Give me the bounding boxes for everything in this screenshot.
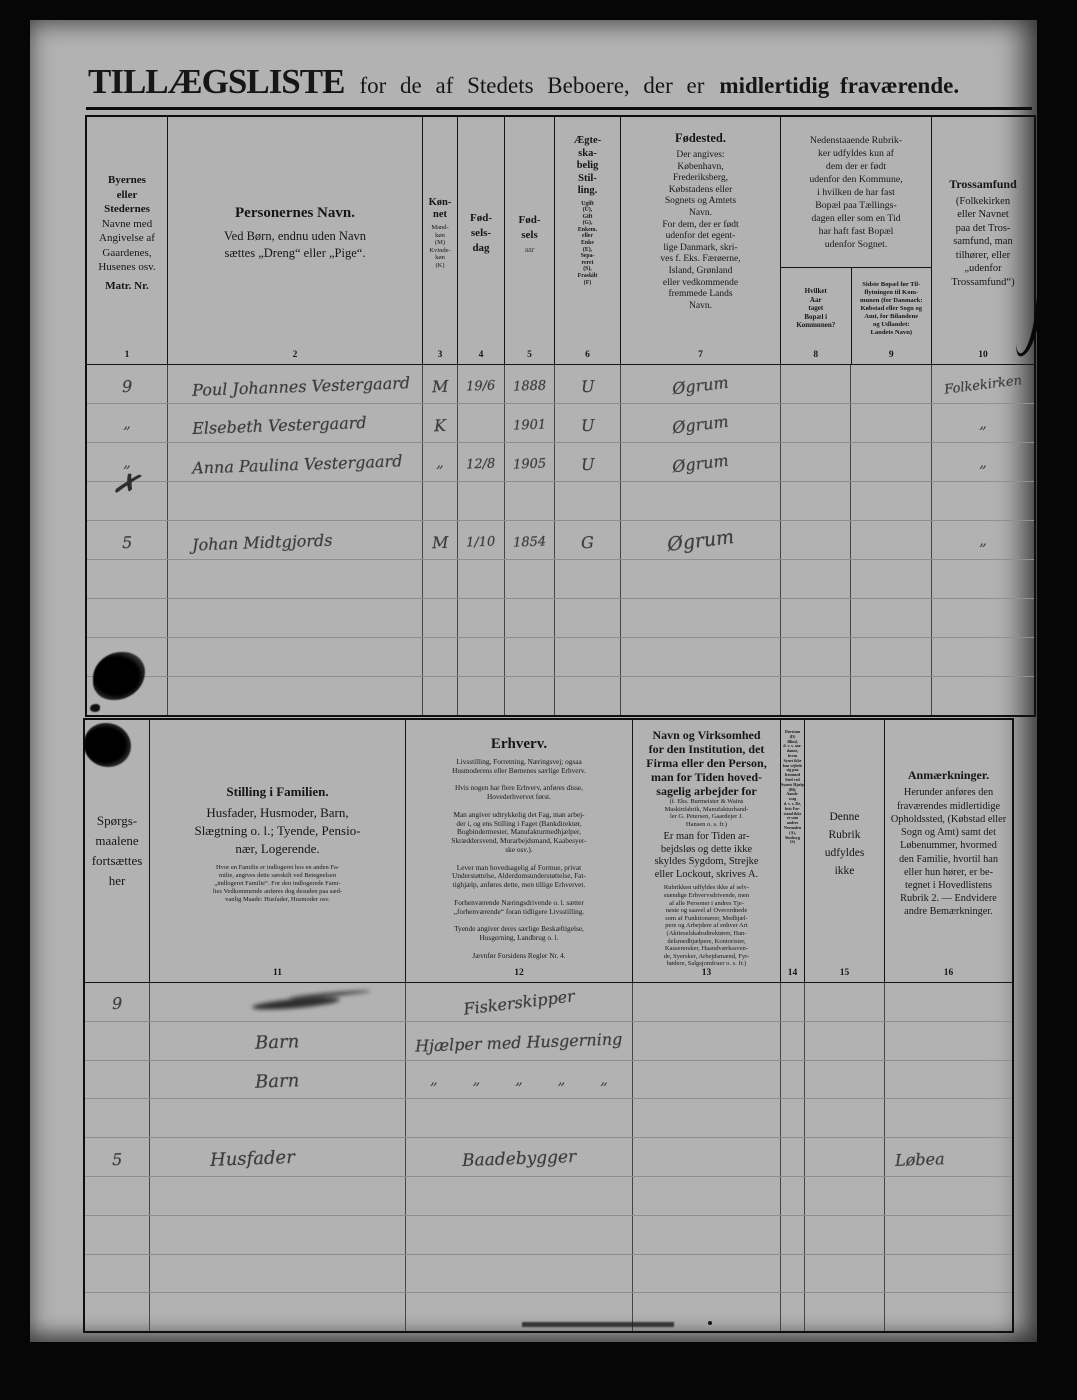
cell-year-moved xyxy=(780,404,850,442)
lower-census-table: Spørgs- maalene fortsættes her Stilling … xyxy=(83,718,1014,1333)
col11-title: Stilling i Familien. xyxy=(226,784,328,800)
hw-name: Poul Johannes Vestergaard xyxy=(192,373,411,400)
cell-denomination: Folkekirken xyxy=(931,365,1034,403)
hw-birthplace: Øgrum xyxy=(671,372,729,398)
cell-family-position xyxy=(149,1177,405,1215)
cell-marital xyxy=(554,560,620,598)
cell-marital xyxy=(554,482,620,520)
cell-sex xyxy=(422,560,457,598)
cell-disability xyxy=(780,1138,804,1176)
col14-body: Døvstum (D) Blind, d. v. s. saa- danne, … xyxy=(781,730,804,845)
cell-matr: 5 xyxy=(85,1138,149,1176)
form-title-word: TILLÆGSLISTE xyxy=(88,62,344,102)
col16-header: Anmærkninger. Herunder anføres den fravæ… xyxy=(884,720,1012,982)
col4-title: Fød- sels- dag xyxy=(470,211,492,256)
col14-header: Døvstum (D) Blind, d. v. s. saa- danne, … xyxy=(780,720,804,982)
cell-matr xyxy=(85,1061,149,1099)
cell-birthplace xyxy=(620,599,780,637)
cell-denomination xyxy=(931,599,1034,637)
form-title-middle: for de af Stedets Beboere, der er xyxy=(359,73,704,99)
col2-body: Ved Børn, endnu uden Navn sættes „Dreng“… xyxy=(224,228,366,262)
upper-table-header: Byernes eller Stedernes Navne med Angive… xyxy=(87,117,1034,364)
col12-title: Erhverv. xyxy=(491,736,547,753)
form-title-emphasis: midlertidig fraværende. xyxy=(719,73,959,99)
hw-matr: 9 xyxy=(112,994,123,1013)
hw-matr: 9 xyxy=(122,376,133,395)
col7-number: 7 xyxy=(621,349,780,364)
cell-marital: U xyxy=(554,404,620,442)
cell-matr xyxy=(85,1216,149,1254)
col13-middle: Er man for Tiden ar- bejdsløs og dette i… xyxy=(654,831,758,881)
hw-family-position: Barn xyxy=(255,1070,300,1093)
cell-employer xyxy=(632,1216,780,1254)
cell-family-position: Barn xyxy=(149,1022,405,1060)
cell-matr: „ xyxy=(87,404,167,442)
cell-last-residence xyxy=(850,560,931,598)
cell-matr: 9 xyxy=(87,365,167,403)
cell-birthplace xyxy=(620,677,780,715)
cell-marital xyxy=(554,677,620,715)
cell-birthplace xyxy=(620,638,780,676)
cell-blank xyxy=(804,1177,884,1215)
col11-body: Husfader, Husmoder, Barn, Slægtning o. l… xyxy=(194,804,360,858)
col11-note: Hvor en Familie er indlogeret hos en and… xyxy=(213,864,342,904)
cell-disability xyxy=(780,1022,804,1060)
cell-disability xyxy=(780,1177,804,1215)
col13-number: 13 xyxy=(633,967,780,982)
col11-header: Stilling i Familien. Husfader, Husmoder,… xyxy=(149,720,405,982)
cell-last-residence xyxy=(850,482,931,520)
col13-heading: Navn og Virksomhed for den Institution, … xyxy=(646,728,766,798)
cell-year-moved xyxy=(780,677,850,715)
cell-birthyear xyxy=(504,560,554,598)
table-row xyxy=(87,598,1034,637)
cell-birthday xyxy=(457,638,504,676)
cell-year-moved xyxy=(780,443,850,481)
cell-employer xyxy=(632,1255,780,1293)
col8-9-shared-text: Nedenstaaende Rubrik- ker udfyldes kun a… xyxy=(809,134,902,251)
cell-birthday xyxy=(457,599,504,637)
cell-family-position: Barn xyxy=(149,1061,405,1099)
col8-header: Hvilket Aar taget Bopæl i Kommunen? 8 xyxy=(781,268,851,364)
cell-disability xyxy=(780,1061,804,1099)
col9-title: Sidste Bopæl før Til- flytningen til Kom… xyxy=(860,281,923,337)
table-row xyxy=(85,1254,1012,1293)
cell-denomination xyxy=(931,560,1034,598)
cell-birthday: 12/8 xyxy=(457,443,504,481)
hw-birthplace: Øgrum xyxy=(671,450,729,476)
col12-number: 12 xyxy=(406,967,632,982)
cell-sex: M xyxy=(422,521,457,559)
hw-birthyear: 1854 xyxy=(513,534,547,550)
cell-sex xyxy=(422,599,457,637)
cell-name: Elsebeth Vestergaard xyxy=(167,404,422,442)
cell-occupation: Fiskerskipper xyxy=(405,983,632,1021)
cell-year-moved xyxy=(780,560,850,598)
hw-birthday: 1/10 xyxy=(466,534,496,550)
cell-name xyxy=(167,599,422,637)
cell-birthplace: Øgrum xyxy=(620,521,780,559)
cell-employer xyxy=(632,1099,780,1137)
cell-occupation: Hjælper med Husgerning xyxy=(405,1022,632,1060)
hw-remarks: Løbea xyxy=(895,1149,945,1170)
cell-year-moved xyxy=(780,521,850,559)
cell-disability xyxy=(780,983,804,1021)
cell-name: Poul Johannes Vestergaard xyxy=(167,365,422,403)
cell-sex: „ xyxy=(422,443,457,481)
col1-body: Navne med Angivelse af Gaardenes, Husene… xyxy=(98,217,155,275)
continuation-text: Spørgs- maalene fortsættes her xyxy=(92,811,143,891)
table-row xyxy=(87,481,1034,520)
table-row: „ Anna Paulina Vestergaard „ 12/8 1905 U… xyxy=(87,442,1034,481)
col16-header-text: Anmærkninger. Herunder anføres den fravæ… xyxy=(885,720,1012,967)
cell-birthday xyxy=(457,677,504,715)
col1-header: Byernes eller Stedernes Navne med Angive… xyxy=(87,117,167,364)
hw-sex: M xyxy=(432,376,449,396)
lower-table-header: Spørgs- maalene fortsættes her Stilling … xyxy=(85,720,1012,982)
col8-number: 8 xyxy=(781,349,851,364)
cell-employer xyxy=(632,983,780,1021)
form-title: TILLÆGSLISTE for de af Stedets Beboere, … xyxy=(88,62,1034,102)
cell-birthplace: Øgrum xyxy=(620,365,780,403)
cell-occupation xyxy=(405,1177,632,1215)
hw-matr: 5 xyxy=(122,532,133,551)
col10-title: Trossamfund xyxy=(949,177,1017,192)
table-row: 5 Johan Midtgjords M 1/10 1854 G Øgrum „ xyxy=(87,520,1034,559)
cell-blank xyxy=(804,1216,884,1254)
ditto-marks: „ „ „ „ „ xyxy=(430,1070,608,1088)
col3-header: Køn- net Mand- køn (M) Kvinde- køn (K) 3 xyxy=(422,117,457,364)
hw-family-position: Husfader xyxy=(174,1146,295,1171)
col13-header-text: Navn og Virksomhed for den Institution, … xyxy=(633,720,780,967)
cell-remarks xyxy=(884,1216,1012,1254)
cell-birthyear: 1888 xyxy=(504,365,554,403)
cell-year-moved xyxy=(780,365,850,403)
table-row: 9 Fiskerskipper xyxy=(85,983,1012,1021)
cell-remarks xyxy=(884,983,1012,1021)
col9-number: 9 xyxy=(852,349,931,364)
cell-birthplace xyxy=(620,560,780,598)
cell-year-moved xyxy=(780,638,850,676)
cell-marital xyxy=(554,638,620,676)
cell-birthday xyxy=(457,482,504,520)
hw-birthday: 19/6 xyxy=(466,378,496,394)
col1-header-text: Byernes eller Stedernes Navne med Angive… xyxy=(87,117,167,349)
hw-marital: G xyxy=(581,532,594,551)
ink-blot xyxy=(84,723,131,767)
cell-family-position xyxy=(149,1216,405,1254)
upper-census-table: Byernes eller Stedernes Navne med Angive… xyxy=(85,115,1036,717)
col7-header-text: Fødested. Der angives: København, Freder… xyxy=(621,117,780,349)
hw-birthday: 12/8 xyxy=(466,456,496,472)
col15-number: 15 xyxy=(805,967,884,982)
cell-denomination: „ xyxy=(931,521,1034,559)
col2-title: Personernes Navn. xyxy=(235,205,355,222)
cell-employer xyxy=(632,1022,780,1060)
cell-birthyear: 1854 xyxy=(504,521,554,559)
col15-body: Denne Rubrik udfyldes ikke xyxy=(825,808,865,880)
hw-birthplace: Øgrum xyxy=(671,411,729,437)
printer-imprint-smudge xyxy=(522,1322,674,1327)
col1-bold1: Byernes eller Stedernes xyxy=(104,173,150,217)
cell-denomination xyxy=(931,482,1034,520)
cell-blank xyxy=(804,983,884,1021)
col7-body: Der angives: København, Frederiksberg, K… xyxy=(660,150,740,312)
hw-sex: K xyxy=(434,415,447,434)
col7-title: Fødested. xyxy=(675,131,726,146)
cell-family-position xyxy=(149,1293,405,1331)
cell-sex xyxy=(422,638,457,676)
cell-remarks xyxy=(884,1255,1012,1293)
cell-denomination: „ xyxy=(931,443,1034,481)
cell-disability xyxy=(780,1099,804,1137)
cell-name: Johan Midtgjords xyxy=(167,521,422,559)
hw-matr: 5 xyxy=(112,1149,123,1168)
col5-sub: aar xyxy=(525,245,535,254)
col12-header: Erhverv. Livsstilling, Forretning, Nærin… xyxy=(405,720,632,982)
table-row: Barn Hjælper med Husgerning xyxy=(85,1021,1012,1060)
cell-employer xyxy=(632,1177,780,1215)
hw-sex: M xyxy=(432,532,449,552)
col3-header-text: Køn- net Mand- køn (M) Kvinde- køn (K) xyxy=(423,117,457,349)
cell-matr xyxy=(85,1099,149,1137)
cell-last-residence xyxy=(850,599,931,637)
col2-number: 2 xyxy=(168,349,422,364)
table-row xyxy=(87,559,1034,598)
hw-birthyear: 1901 xyxy=(513,417,547,433)
hw-occupation: Fiskerskipper xyxy=(462,987,575,1019)
col1-bold2: Matr. Nr. xyxy=(105,279,148,294)
col3-number: 3 xyxy=(423,349,457,364)
hw-marital: U xyxy=(580,376,594,395)
cell-employer xyxy=(632,1138,780,1176)
cell-birthyear xyxy=(504,677,554,715)
cell-blank xyxy=(804,1255,884,1293)
col13-note: Rubrikken udfyldes ikke af selv- stændig… xyxy=(664,884,750,967)
cell-occupation: Baadebygger xyxy=(405,1138,632,1176)
cell-blank xyxy=(804,1022,884,1060)
cell-year-moved xyxy=(780,599,850,637)
col16-number: 16 xyxy=(885,967,1012,982)
table-row xyxy=(85,1176,1012,1215)
cell-matr xyxy=(85,1022,149,1060)
hw-family-position: Barn xyxy=(255,1031,300,1054)
col15-header: Denne Rubrik udfyldes ikke 15 xyxy=(804,720,884,982)
cell-blank xyxy=(804,1293,884,1331)
hw-birthplace: Øgrum xyxy=(666,526,735,556)
cell-denomination xyxy=(931,677,1034,715)
hw-birthyear: 1905 xyxy=(513,456,547,472)
col6-number: 6 xyxy=(555,349,620,364)
cell-birthplace xyxy=(620,482,780,520)
cell-last-residence xyxy=(850,404,931,442)
ink-speck xyxy=(90,704,100,712)
col12-header-text: Erhverv. Livsstilling, Forretning, Nærin… xyxy=(406,720,632,967)
col2-header-text: Personernes Navn. Ved Børn, endnu uden N… xyxy=(168,117,422,349)
col13-example: (f. Eks. Burmeister & Wains Maskinfabrik… xyxy=(665,798,749,828)
col8-9-group: Nedenstaaende Rubrik- ker udfyldes kun a… xyxy=(780,117,931,364)
col1-number: 1 xyxy=(87,349,167,364)
ditto-mark: „ xyxy=(123,414,131,432)
cell-disability xyxy=(780,1255,804,1293)
cell-birthyear: 1905 xyxy=(504,443,554,481)
cell-remarks xyxy=(884,1022,1012,1060)
cell-remarks xyxy=(884,1293,1012,1331)
col15-header-text: Denne Rubrik udfyldes ikke xyxy=(805,720,884,967)
col5-number: 5 xyxy=(505,349,554,364)
cell-occupation xyxy=(405,1255,632,1293)
col11-header-text: Stilling i Familien. Husfader, Husmoder,… xyxy=(150,720,405,967)
cell-last-residence xyxy=(850,521,931,559)
col6-header: Ægte- ska- belig Stil- ling. Ugift (U), … xyxy=(554,117,620,364)
cell-remarks xyxy=(884,1177,1012,1215)
cell-matr: 9 xyxy=(85,983,149,1021)
cell-birthday xyxy=(457,560,504,598)
col12-body: Livsstilling, Forretning, Næringsvej; og… xyxy=(451,758,586,960)
table-row xyxy=(85,1098,1012,1137)
cell-occupation: „ „ „ „ „ xyxy=(405,1061,632,1099)
col4-header-text: Fød- sels- dag xyxy=(458,117,504,349)
table-row xyxy=(85,1215,1012,1254)
col10-body: (Folkekirken eller Navnet paa det Tros- … xyxy=(951,195,1014,290)
cell-blank xyxy=(804,1138,884,1176)
cell-occupation xyxy=(405,1099,632,1137)
cell-denomination: „ xyxy=(931,404,1034,442)
col6-header-text: Ægte- ska- belig Stil- ling. Ugift (U), … xyxy=(555,117,620,349)
col3-title: Køn- net xyxy=(429,197,452,221)
col6-body: Ugift (U), Gift (G), Enkem. eller Enke (… xyxy=(578,201,598,287)
cell-sex: M xyxy=(422,365,457,403)
cell-marital: G xyxy=(554,521,620,559)
cell-last-residence xyxy=(850,677,931,715)
cell-name xyxy=(167,482,422,520)
cell-remarks xyxy=(884,1061,1012,1099)
ink-smudge xyxy=(251,996,339,1013)
cell-occupation xyxy=(405,1216,632,1254)
cell-birthplace: Øgrum xyxy=(620,404,780,442)
cell-denomination xyxy=(931,638,1034,676)
hw-name: Anna Paulina Vestergaard xyxy=(192,451,403,477)
cell-birthday: 1/10 xyxy=(457,521,504,559)
ditto-mark: „ xyxy=(436,453,444,471)
cell-name xyxy=(167,560,422,598)
hw-name: Johan Midtgjords xyxy=(192,530,333,554)
ditto-mark: „ xyxy=(979,453,987,471)
col8-title: Hvilket Aar taget Bopæl i Kommunen? xyxy=(796,287,835,330)
col13-header: Navn og Virksomhed for den Institution, … xyxy=(632,720,780,982)
cell-birthyear xyxy=(504,482,554,520)
col6-title: Ægte- ska- belig Stil- ling. xyxy=(574,135,601,198)
hw-occupation: Hjælper med Husgerning xyxy=(415,1030,623,1056)
cell-marital xyxy=(554,599,620,637)
table-row: 5 Husfader Baadebygger Løbea xyxy=(85,1137,1012,1176)
col14-header-text: Døvstum (D) Blind, d. v. s. saa- danne, … xyxy=(781,720,804,967)
cell-name xyxy=(167,638,422,676)
cell-matr: 5 xyxy=(87,521,167,559)
scanned-census-sheet: TILLÆGSLISTE for de af Stedets Beboere, … xyxy=(30,20,1037,1342)
cell-sex xyxy=(422,482,457,520)
cell-birthyear xyxy=(504,638,554,676)
col4-number: 4 xyxy=(458,349,504,364)
table-row: „ Elsebeth Vestergaard K 1901 U Øgrum „ xyxy=(87,403,1034,442)
col8-header-text: Hvilket Aar taget Bopæl i Kommunen? xyxy=(781,268,851,349)
col8-9-shared-header: Nedenstaaende Rubrik- ker udfyldes kun a… xyxy=(781,117,931,268)
cell-last-residence xyxy=(850,443,931,481)
cell-birthyear xyxy=(504,599,554,637)
cell-last-residence xyxy=(850,365,931,403)
hw-name: Elsebeth Vestergaard xyxy=(192,412,367,437)
upper-table-body: 9 Poul Johannes Vestergaard M 19/6 1888 … xyxy=(87,364,1034,715)
cell-birthplace: Øgrum xyxy=(620,443,780,481)
col5-title: Fød- sels xyxy=(519,213,541,243)
cell-employer xyxy=(632,1061,780,1099)
col5-header-text: Fød- sels aar xyxy=(505,117,554,349)
cell-family-position xyxy=(149,1255,405,1293)
cell-remarks: Løbea xyxy=(884,1138,1012,1176)
hw-birthyear: 1888 xyxy=(513,378,547,394)
hw-denomination: Folkekirken xyxy=(943,373,1022,397)
col8-9-subrow: Hvilket Aar taget Bopæl i Kommunen? 8 Si… xyxy=(781,268,931,364)
table-row: Barn „ „ „ „ „ xyxy=(85,1060,1012,1099)
cell-year-moved xyxy=(780,482,850,520)
cell-disability xyxy=(780,1216,804,1254)
cell-blank xyxy=(804,1061,884,1099)
cell-blank xyxy=(804,1099,884,1137)
cell-sex: K xyxy=(422,404,457,442)
cell-matr xyxy=(87,560,167,598)
col7-header: Fødested. Der angives: København, Freder… xyxy=(620,117,780,364)
cell-remarks xyxy=(884,1099,1012,1137)
hw-occupation: Baadebygger xyxy=(462,1147,577,1171)
col3-body: Mand- køn (M) Kvinde- køn (K) xyxy=(429,224,450,269)
col2-header: Personernes Navn. Ved Børn, endnu uden N… xyxy=(167,117,422,364)
cell-matr xyxy=(85,1255,149,1293)
printer-imprint-dot xyxy=(708,1321,712,1325)
cell-family-position xyxy=(149,1099,405,1137)
table-row xyxy=(87,676,1034,715)
col4-header: Fød- sels- dag 4 xyxy=(457,117,504,364)
cell-matr xyxy=(85,1293,149,1331)
col14-number: 14 xyxy=(781,967,804,982)
title-underline xyxy=(86,107,1032,110)
cell-matr xyxy=(85,1177,149,1215)
hw-marital: U xyxy=(580,415,594,434)
cell-name xyxy=(167,677,422,715)
col16-body: Herunder anføres den fraværendes midlert… xyxy=(891,786,1006,918)
cell-name: Anna Paulina Vestergaard xyxy=(167,443,422,481)
cell-matr xyxy=(87,599,167,637)
col9-header: Sidste Bopæl før Til- flytningen til Kom… xyxy=(851,268,931,364)
cell-birthday: 19/6 xyxy=(457,365,504,403)
cell-family-position xyxy=(149,983,405,1021)
cell-last-residence xyxy=(850,638,931,676)
cell-marital: U xyxy=(554,443,620,481)
col9-header-text: Sidste Bopæl før Til- flytningen til Kom… xyxy=(852,268,931,349)
cell-marital: U xyxy=(554,365,620,403)
col5-header: Fød- sels aar 5 xyxy=(504,117,554,364)
table-row: 9 Poul Johannes Vestergaard M 19/6 1888 … xyxy=(87,365,1034,403)
lower-table-body: 9 Fiskerskipper Barn Hjælper med Husgern… xyxy=(85,982,1012,1331)
cell-birthday xyxy=(457,404,504,442)
cell-disability xyxy=(780,1293,804,1331)
cell-family-position: Husfader xyxy=(149,1138,405,1176)
table-row xyxy=(87,637,1034,676)
ditto-mark: „ xyxy=(979,531,987,549)
hw-marital: U xyxy=(580,454,594,473)
col16-title: Anmærkninger. xyxy=(908,768,989,783)
ditto-mark: „ xyxy=(979,414,987,432)
col11-number: 11 xyxy=(150,967,405,982)
